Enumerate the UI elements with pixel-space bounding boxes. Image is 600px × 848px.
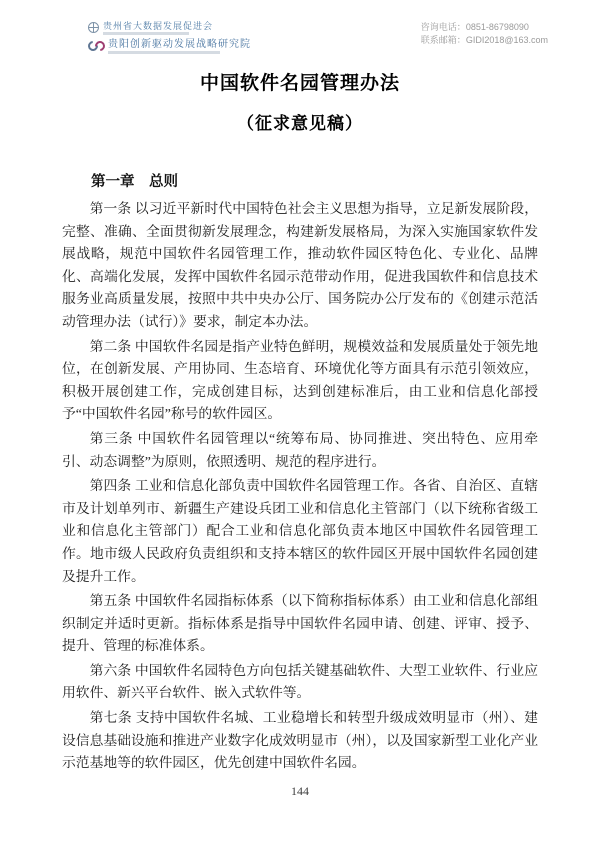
contact-phone: 咨询电话：0851-86798090 (421, 21, 548, 34)
email-label: 联系邮箱： (421, 35, 466, 45)
logo-institute: 贵阳创新驱动发展战略研究院 (88, 39, 251, 54)
phone-label: 咨询电话： (421, 22, 466, 32)
paragraph: 第七条 支持中国软件名城、工业稳增长和转型升级成效明显市（州）、建设信息基础设施… (62, 707, 538, 775)
page-number: 144 (0, 784, 600, 799)
paragraph: 第三条 中国软件名园管理以“统筹布局、协同推进、突出特色、应用牵引、动态调整”为… (62, 428, 538, 473)
page-header: 贵州省大数据发展促进会 贵阳创新驱动发展战略研究院 咨询电话：0851-8679… (88, 21, 548, 54)
logo-block: 贵州省大数据发展促进会 贵阳创新驱动发展战略研究院 (88, 21, 251, 54)
paragraph: 第五条 中国软件名园指标体系（以下简称指标体系）由工业和信息化部组织制定并适时更… (62, 590, 538, 658)
email-value: GIDI2018@163.com (466, 35, 548, 45)
paragraph: 第一条 以习近平新时代中国特色社会主义思想为指导，立足新发展阶段，完整、准确、全… (62, 198, 538, 334)
document-body: 第一条 以习近平新时代中国特色社会主义思想为指导，立足新发展阶段，完整、准确、全… (62, 198, 538, 775)
association-name: 贵州省大数据发展促进会 (103, 21, 213, 31)
association-subtext-line (103, 32, 204, 35)
paragraph: 第六条 中国软件名园特色方向包括关键基础软件、大型工业软件、行业应用软件、新兴平… (62, 660, 538, 705)
association-emblem-icon (88, 22, 99, 33)
document-title: 中国软件名园管理办法 (62, 68, 538, 95)
phone-value: 0851-86798090 (466, 22, 529, 32)
document-content: 中国软件名园管理办法 （征求意见稿） 第一章 总则 第一条 以习近平新时代中国特… (62, 68, 538, 777)
logo-association: 贵州省大数据发展促进会 (88, 21, 251, 35)
institute-name: 贵阳创新驱动发展战略研究院 (108, 39, 251, 50)
contact-email: 联系邮箱：GIDI2018@163.com (421, 34, 548, 47)
document-page: 贵州省大数据发展促进会 贵阳创新驱动发展战略研究院 咨询电话：0851-8679… (0, 0, 600, 848)
paragraph: 第四条 工业和信息化部负责中国软件名园管理工作。各省、自治区、直辖市及计划单列市… (62, 475, 538, 588)
institute-subtext-line (108, 51, 240, 54)
paragraph: 第二条 中国软件名园是指产业特色鲜明，规模效益和发展质量处于领先地位，在创新发展… (62, 336, 538, 426)
institute-swirl-icon (88, 40, 104, 52)
document-subtitle: （征求意见稿） (62, 109, 538, 134)
contact-block: 咨询电话：0851-86798090 联系邮箱：GIDI2018@163.com (421, 21, 548, 47)
chapter-heading: 第一章 总则 (62, 170, 538, 191)
